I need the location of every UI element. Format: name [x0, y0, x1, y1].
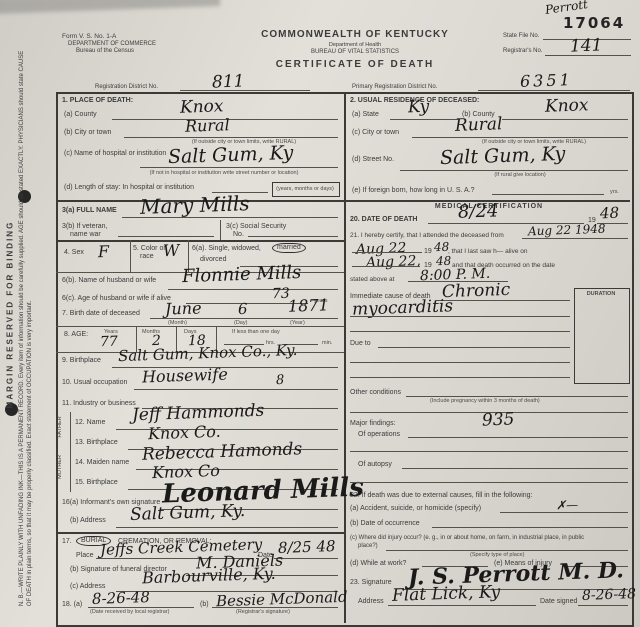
date-signed-label: Date signed [540, 598, 577, 606]
where-injury-label2: place?) [358, 543, 378, 550]
major-findings-label: Major findings: [350, 420, 396, 428]
operations-line [408, 437, 628, 438]
other-conditions-note: (Include pregnancy within 3 months of de… [430, 398, 540, 404]
res-street-note: (If rural give location) [450, 172, 590, 178]
death-certificate-scan: MARGIN RESERVED FOR BINDING N. B.—WRITE … [0, 0, 640, 627]
hospital-line [140, 167, 338, 168]
date-received-value: 8-26-48 [92, 590, 150, 607]
where-injury-note: (Specify type of place) [470, 552, 524, 558]
res-street-value: Salt Gum, Ky [440, 145, 566, 168]
registration-district-value: 811 [212, 73, 245, 91]
ssn-label2: No. [233, 231, 244, 239]
occupation-value: Housewife [142, 367, 228, 386]
commonwealth-title: COMMONWEALTH OF KENTUCKY [230, 29, 480, 41]
stay-label: (d) Length of stay: In hospital or insti… [64, 184, 194, 192]
physician-sig-label: 23. Signature [350, 579, 392, 587]
res-city-value: Rural [455, 116, 503, 135]
county-label: (a) County [64, 111, 97, 119]
primary-district-line [478, 90, 630, 91]
hospital-note: (If not in hospital or institution write… [110, 170, 338, 176]
date-of-death-label: 20. DATE OF DEATH [350, 216, 417, 224]
birthplace-label: 9. Birthplace [62, 357, 101, 365]
certify-line2: 19 [424, 248, 432, 256]
registrar-sig-caption: (Registrar's signature) [236, 609, 290, 615]
birth-day-value: 6 [238, 302, 248, 317]
occupation-label: 10. Usual occupation [62, 379, 127, 387]
cell-border [130, 240, 131, 272]
place-of-death-title: 1. PLACE OF DEATH: [62, 97, 133, 105]
res-street-label: (d) Street No. [352, 156, 394, 164]
last-saw-line [352, 266, 420, 267]
ssn-line [248, 236, 338, 237]
res-foreign-label: (e) If foreign born, how long in U. S. A… [352, 187, 475, 195]
certificate-title: CERTIFICATE OF DEATH [230, 59, 480, 71]
other-conditions-label: Other conditions [350, 389, 401, 397]
marital-label: 6(a). Single, widowed, [192, 245, 261, 253]
res-state-label: (a) State [352, 111, 379, 119]
rule-line [350, 451, 628, 452]
date-received-caption: (Date received by local registrar) [90, 609, 169, 615]
occurrence-label: (b) Date of occurrence [350, 520, 420, 528]
column-divider [344, 92, 346, 623]
res-foreign-unit: yrs. [610, 189, 619, 195]
spouse-age-label: 6(c). Age of husband or wife if alive [62, 295, 171, 303]
cause-line-2 [350, 316, 570, 317]
burial-place-label: Place [76, 552, 94, 560]
dod-year-value: 48 [600, 206, 620, 222]
primary-district-value: 6351 [520, 72, 573, 90]
certify-line3: , that I last saw h— alive on [448, 248, 527, 256]
burial-date-line [274, 558, 338, 559]
res-foreign-line [492, 194, 604, 195]
physician-addr-label: Address [358, 598, 384, 606]
city-line [124, 137, 338, 138]
res-state-value: Ky [408, 99, 430, 117]
parents-rule [70, 412, 71, 492]
mother-name-label: 14. Maiden name [75, 459, 129, 467]
full-name-line [122, 217, 338, 218]
bureau-line: Bureau of the Census [76, 48, 134, 55]
father-name-value: Jeff Hammonds [132, 403, 265, 425]
accident-label: (a) Accident, suicide, or homicide (spec… [350, 505, 481, 513]
cause-line-3 [350, 331, 570, 332]
external-causes-label: 22. If death was due to external causes,… [350, 492, 533, 500]
director-addr-value: Barbourville, Ky. [142, 566, 276, 587]
certify-line6: stated above at [350, 276, 394, 284]
health-dept-line: Department of Health [230, 42, 480, 49]
findings-value: 935 [482, 411, 515, 429]
row-border [56, 532, 344, 534]
cause-line-1 [436, 300, 570, 301]
industry-label: 11. Industry or business [62, 400, 136, 408]
physician-addr-line [388, 605, 536, 606]
spouse-value: Flonnie Mills [182, 264, 302, 286]
due-to-label: Due to [350, 340, 371, 348]
occupation-line [134, 389, 338, 390]
registrar-no-label: Registrar's No. [503, 48, 543, 55]
date-of-death-value: 8/24 [458, 202, 499, 221]
registration-district-label: Registration District No. [95, 84, 158, 91]
due-to-line-1 [378, 347, 570, 348]
duration-box [574, 288, 630, 384]
birth-month-value: June [165, 300, 202, 317]
rule-line [350, 482, 628, 483]
accident-mark: ✗— [556, 499, 578, 512]
burial-number: 17. [62, 538, 72, 546]
marital-label2: divorced [200, 256, 226, 264]
last-saw-year: 48 [436, 255, 452, 268]
physician-addr-value: Flat Lick, Ky [392, 584, 501, 605]
of-operations-label: Of operations [358, 431, 400, 439]
mother-side-tag: MOTHER [57, 452, 63, 482]
certify-line1: 21. I hereby certify, that I attended th… [350, 232, 504, 240]
burial-date-value: 8/25 48 [278, 539, 336, 556]
registration-district-line [180, 90, 310, 91]
age-label: 8. AGE: [64, 331, 88, 339]
of-autopsy-label: Of autopsy [358, 461, 392, 469]
informant-addr-line [116, 527, 338, 528]
due-to-line-2 [350, 362, 570, 363]
res-street-line [400, 170, 628, 171]
hospital-label: (c) Name of hospital or institution [64, 150, 166, 158]
min-caption: min. [322, 340, 332, 346]
date-signed-value: 8-26-48 [582, 587, 636, 603]
res-county-value: Knox [545, 97, 589, 116]
occurrence-line [432, 527, 628, 528]
primary-district-label: Primary Registration District No. [352, 84, 437, 91]
city-label: (b) City or town [64, 129, 111, 137]
registrar-b-label: (b) [200, 601, 209, 609]
birthdate-label: 7. Birth date of deceased [62, 310, 140, 318]
registrar-sig-line [212, 607, 338, 608]
city-value: Rural [185, 117, 230, 135]
father-birthplace-label: 13. Birthplace [75, 439, 118, 447]
county-value: Knox [180, 98, 224, 117]
duration-label: DURATION [576, 291, 626, 297]
father-side-tag: FATHER [57, 412, 63, 442]
last-saw-date: Aug 22, [366, 254, 421, 270]
vital-stats-line: BUREAU OF VITAL STATISTICS [230, 49, 480, 56]
registrar-no-line [545, 55, 631, 56]
father-birthplace-value: Knox Co. [148, 424, 221, 443]
state-file-label: State File No. [503, 33, 539, 40]
registrar-no-value: 141 [570, 37, 603, 55]
date-received-line [88, 607, 194, 608]
full-name-value: Mary Mills [140, 193, 250, 217]
autopsy-line [402, 468, 628, 469]
veteran-ssn-divider [220, 220, 221, 240]
race-label2: race [140, 253, 154, 261]
stay-note: (years, months or days) [274, 186, 336, 192]
form-number: Form V. S. No. 1-A [62, 33, 116, 41]
age-years-value: 77 [100, 335, 118, 350]
registrar-a-label: 18. (a) [62, 601, 82, 609]
margin-binding-note: MARGIN RESERVED FOR BINDING [6, 65, 15, 565]
accident-line [500, 512, 628, 513]
race-value: W [163, 243, 180, 260]
due-to-line-3 [350, 377, 570, 378]
spouse-line [168, 289, 338, 290]
file-number-stamp: 17064 [563, 14, 625, 32]
res-city-label: (c) City or town [352, 129, 399, 137]
margin-plainly-note: N. B.—WRITE PLAINLY WITH UNFADING INK—TH… [18, 46, 34, 606]
hospital-value: Salt Gum, Ky [168, 144, 294, 167]
scan-shadow [0, 0, 220, 14]
res-city-line [412, 137, 628, 138]
informant-addr-value: Salt Gum, Ky. [130, 503, 246, 524]
res-county-line [502, 119, 628, 120]
informant-addr-label: (b) Address [70, 517, 106, 525]
sex-label: 4. Sex [64, 249, 84, 257]
row-border [56, 326, 344, 327]
date-signed-line [578, 605, 628, 606]
spouse-label: 6(b). Name of husband or wife [62, 277, 156, 285]
sex-value: F [98, 244, 110, 260]
occupation-stray-mark: 8 [276, 374, 285, 387]
attended-from-line [522, 238, 628, 239]
veteran-label2: name war [70, 231, 101, 239]
birthdate-line [150, 318, 338, 319]
veteran-line [118, 236, 214, 237]
other-conditions-line [406, 396, 628, 397]
less-than-day-caption: If less than one day [232, 329, 280, 335]
where-injury-line [386, 550, 628, 551]
father-name-label: 12. Name [75, 419, 105, 427]
while-at-work-label: (d) While at work? [350, 560, 406, 568]
mother-birthplace-label: 15. Birthplace [75, 479, 118, 487]
where-injury-label: (c) Where did injury occur? (e. g., in o… [350, 535, 584, 542]
full-name-label: 3(a) FULL NAME [62, 207, 117, 215]
marital-circled-value: married [272, 243, 306, 253]
res-state-line [390, 119, 458, 120]
attended-from-date: Aug 22 1948 [528, 223, 606, 238]
birth-year-value: 1871 [288, 297, 329, 314]
